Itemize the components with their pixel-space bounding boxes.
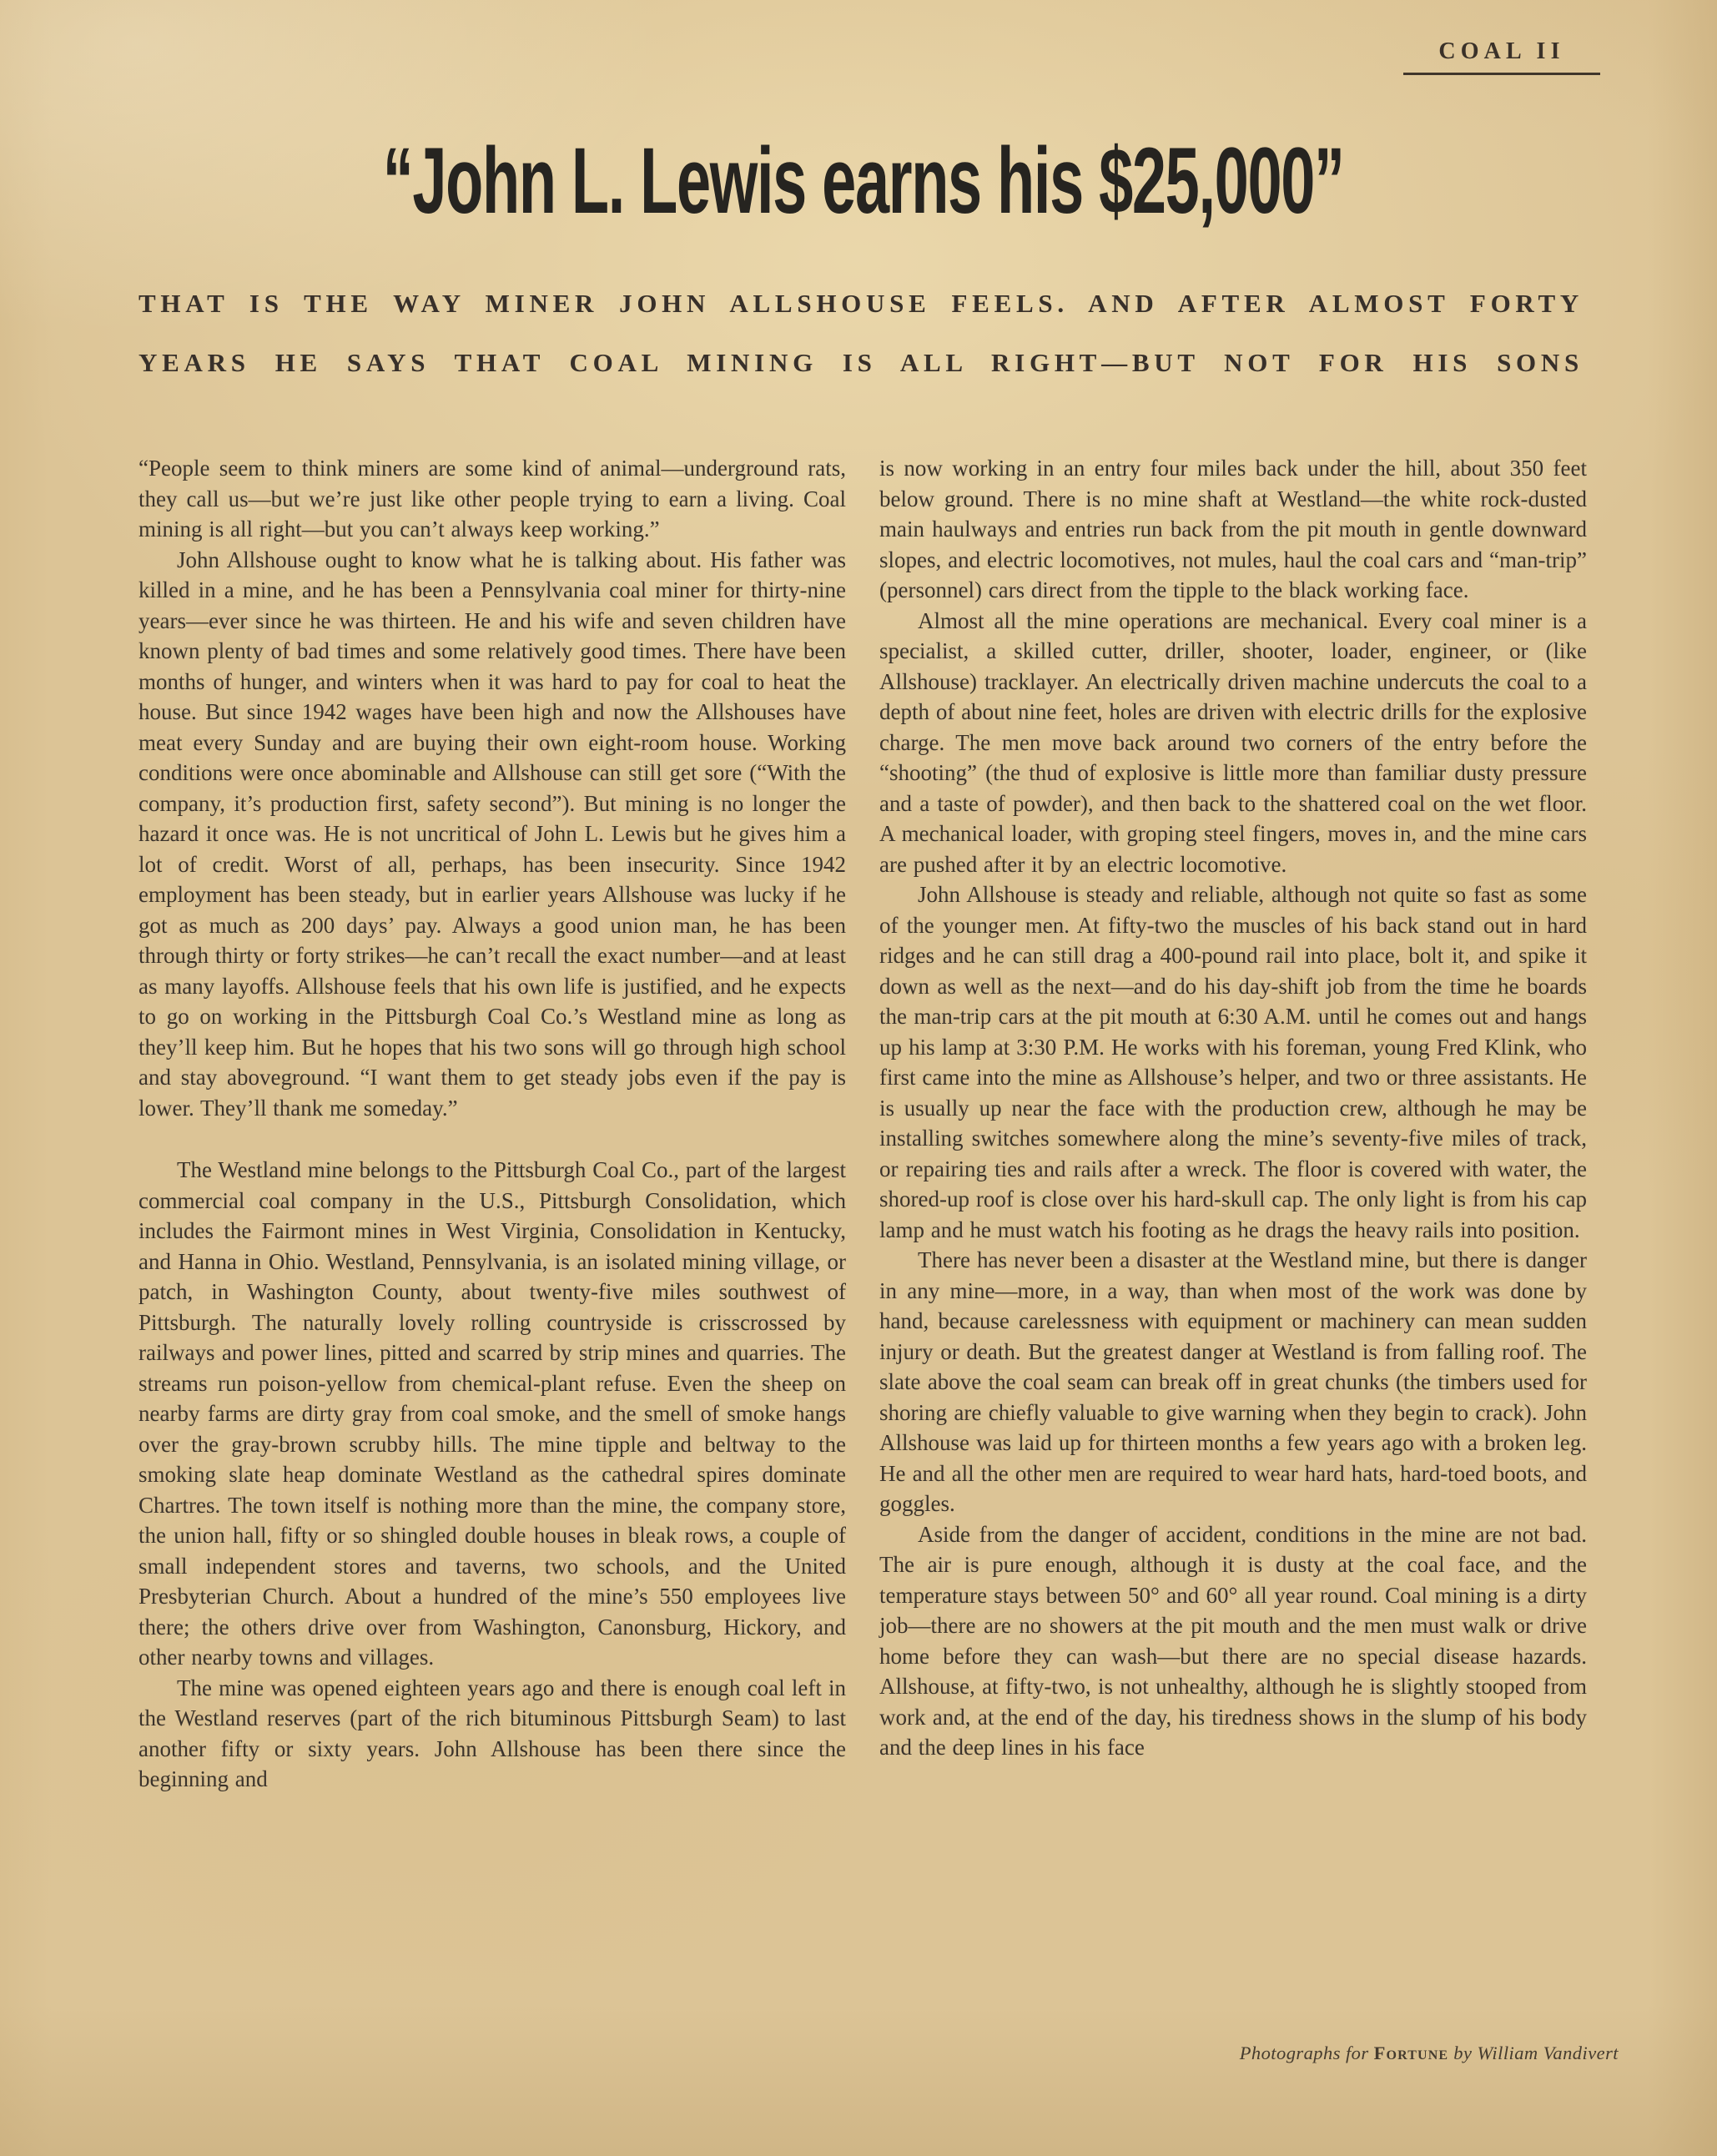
article-headline-text: “John L. Lewis earns his $25,000” xyxy=(383,132,1344,230)
article-deck: THAT IS THE WAY MINER JOHN ALLSHOUSE FEE… xyxy=(138,274,1584,392)
photo-credit: Photographs for Fortune by William Vandi… xyxy=(1240,2043,1619,2064)
section-label: COAL II xyxy=(1438,38,1564,64)
column-right: is now working in an entry four miles ba… xyxy=(879,453,1587,1795)
running-head: COAL II xyxy=(1403,38,1600,75)
article-body: “People seem to think miners are some ki… xyxy=(138,453,1587,1795)
paragraph: There has never been a disaster at the W… xyxy=(879,1245,1587,1519)
paragraph: John Allshouse is steady and reliable, a… xyxy=(879,879,1587,1245)
paragraph: is now working in an entry four miles ba… xyxy=(879,453,1587,606)
column-left: “People seem to think miners are some ki… xyxy=(138,453,846,1795)
photo-credit-suffix: by William Vandivert xyxy=(1448,2043,1619,2063)
running-head-rule xyxy=(1403,73,1600,75)
paragraph: The mine was opened eighteen years ago a… xyxy=(138,1673,846,1795)
deck-line-2: YEARS HE SAYS THAT COAL MINING IS ALL RI… xyxy=(138,333,1584,392)
paragraph: John Allshouse ought to know what he is … xyxy=(138,545,846,1124)
article-headline: “John L. Lewis earns his $25,000” xyxy=(135,132,1584,230)
photo-credit-prefix: Photographs for xyxy=(1240,2043,1374,2063)
magazine-page: COAL II “John L. Lewis earns his $25,000… xyxy=(0,0,1717,2156)
paragraph: The Westland mine belongs to the Pittsbu… xyxy=(138,1155,846,1673)
photo-credit-brand: Fortune xyxy=(1374,2043,1449,2063)
paragraph: “People seem to think miners are some ki… xyxy=(138,453,846,545)
paragraph: Almost all the mine operations are mecha… xyxy=(879,606,1587,880)
deck-line-1: THAT IS THE WAY MINER JOHN ALLSHOUSE FEE… xyxy=(138,274,1584,333)
paragraph: Aside from the danger of accident, condi… xyxy=(879,1519,1587,1763)
